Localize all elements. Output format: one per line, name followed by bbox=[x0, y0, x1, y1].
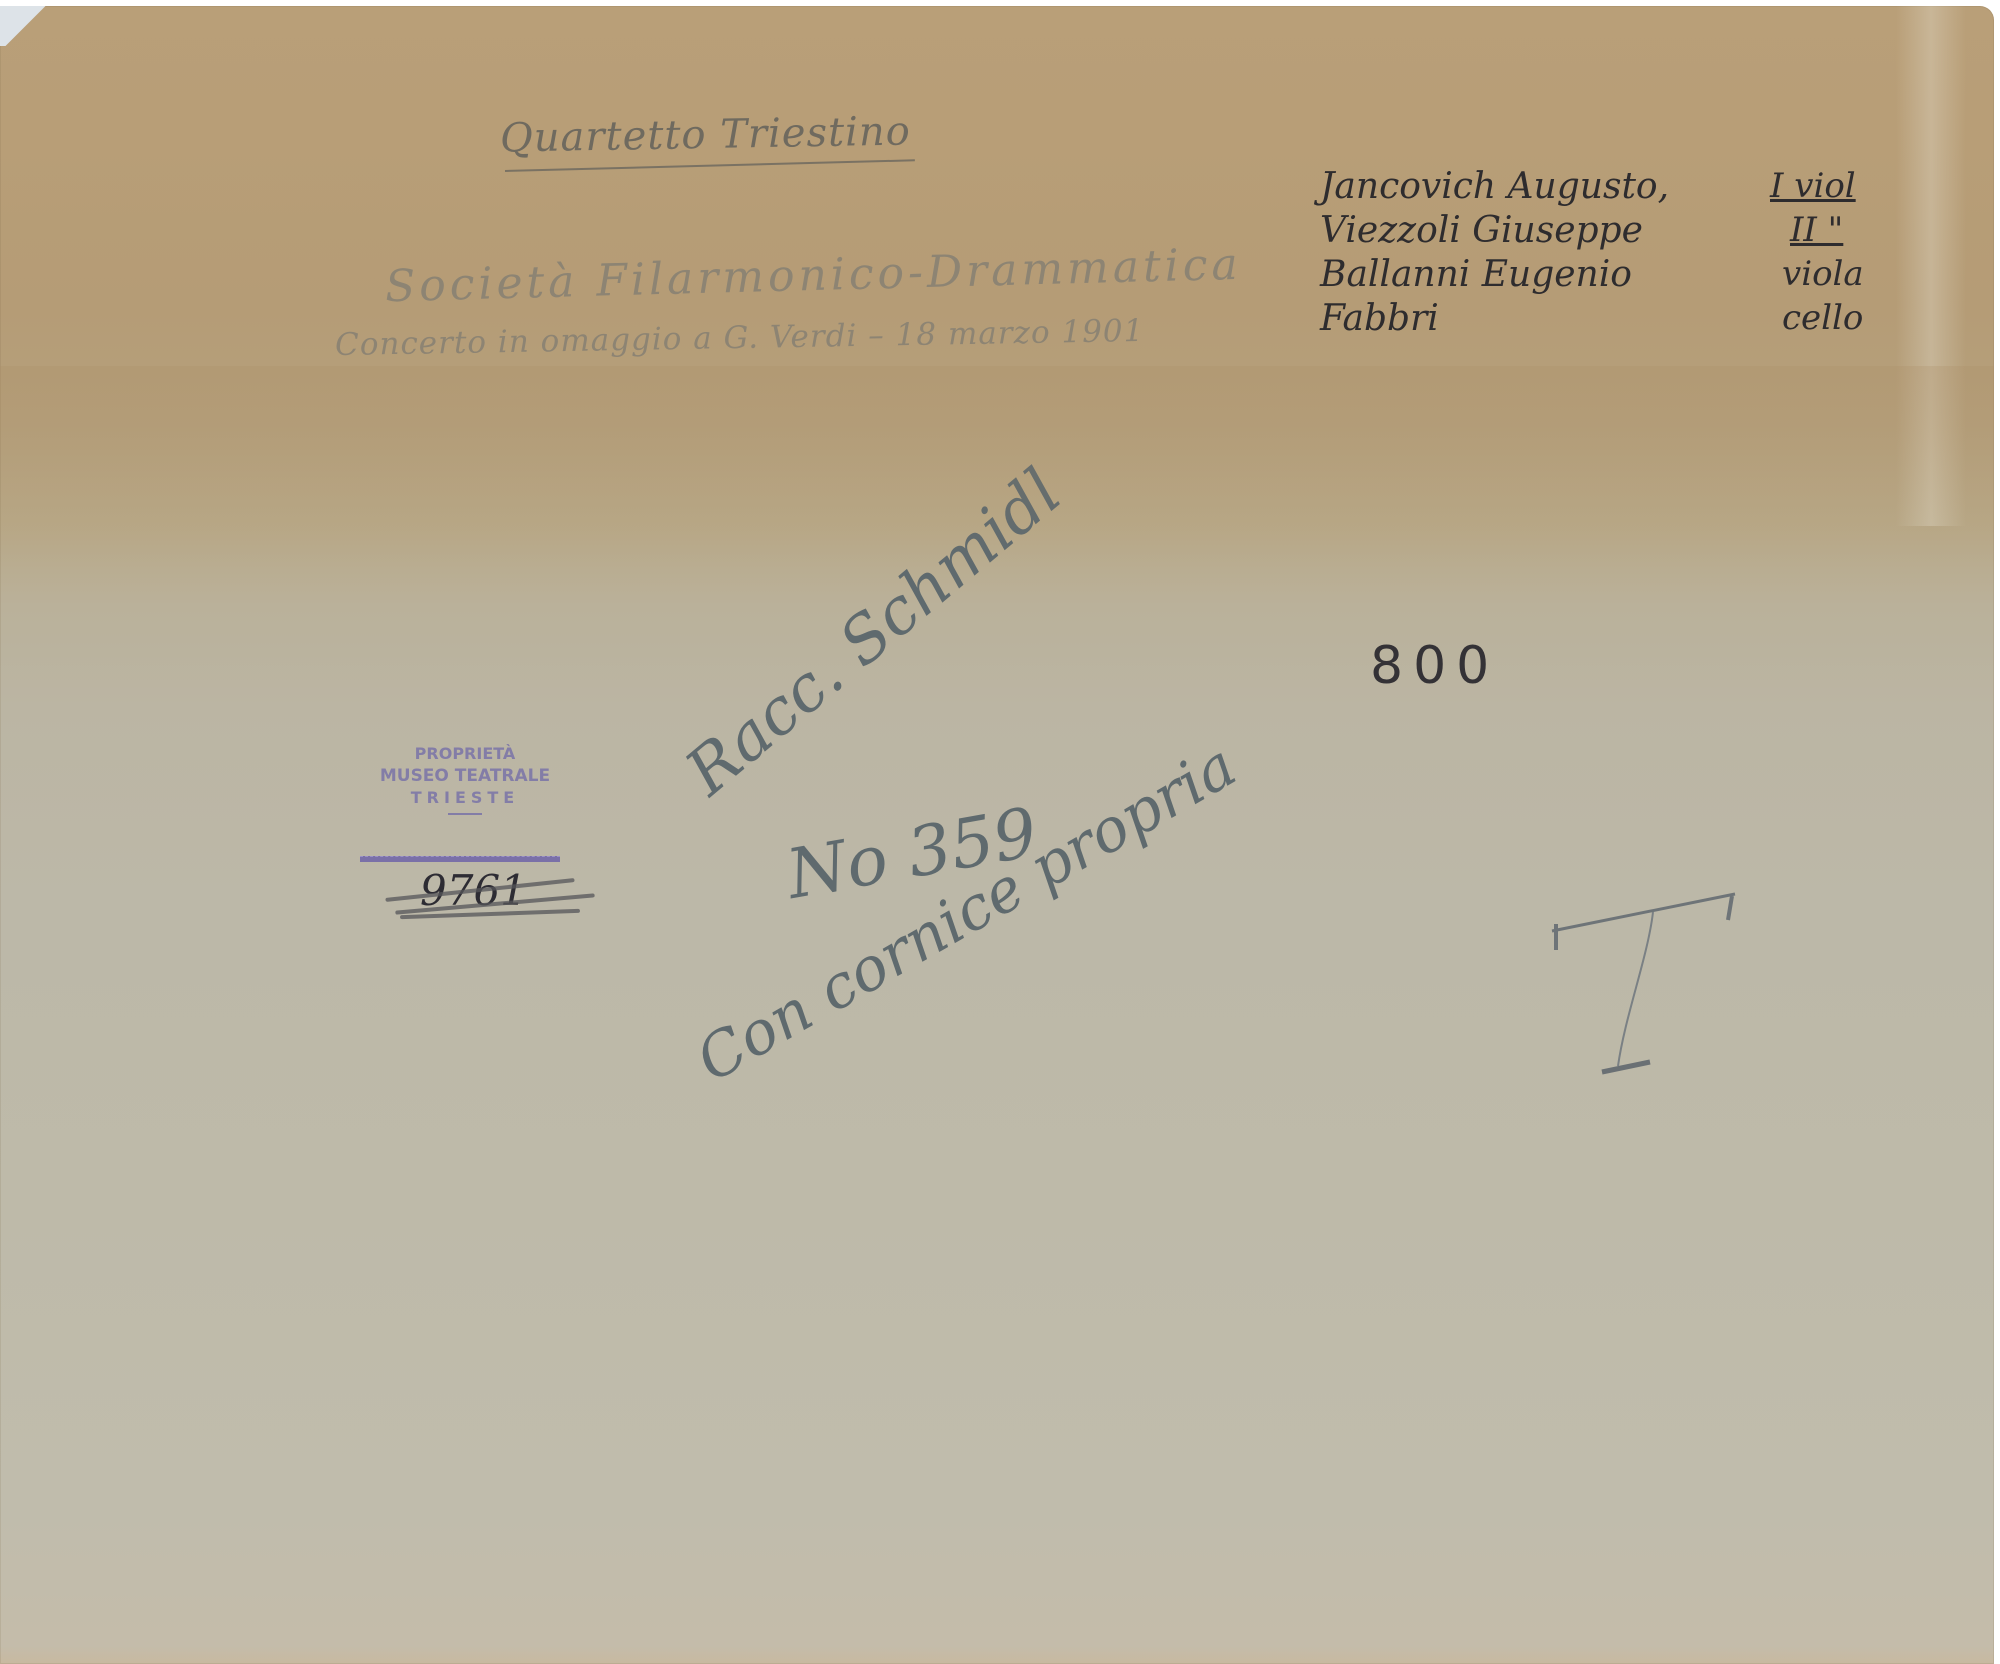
title-underline bbox=[505, 159, 915, 172]
musician-roster: Jancovich Augusto, I viol Viezzoli Giuse… bbox=[1320, 166, 1900, 342]
collection-note: Racc. Schmidl No 359 Con cornice propria bbox=[700, 606, 1260, 1106]
torn-corner bbox=[0, 6, 60, 46]
roster-row: Ballanni Eugenio viola bbox=[1320, 254, 1900, 298]
stamp-rule bbox=[360, 856, 560, 862]
musician-instrument: cello bbox=[1782, 298, 1863, 338]
roster-row: Jancovich Augusto, I viol bbox=[1320, 166, 1900, 210]
musician-instrument: I viol bbox=[1770, 166, 1856, 206]
musician-name: Viezzoli Giuseppe bbox=[1320, 210, 1643, 251]
musician-instrument: viola bbox=[1782, 254, 1864, 294]
musician-name: Fabbri bbox=[1320, 298, 1439, 339]
musician-instrument: II " bbox=[1790, 210, 1843, 250]
roster-row: Viezzoli Giuseppe II " bbox=[1320, 210, 1900, 254]
title-note: Quartetto Triestino bbox=[500, 108, 911, 161]
t-mark-icon bbox=[1520, 876, 1740, 1076]
event-note: Concerto in omaggio a G. Verdi – 18 marz… bbox=[335, 313, 1145, 363]
musician-name: Jancovich Augusto, bbox=[1320, 166, 1669, 207]
collection-line-1: Racc. Schmidl bbox=[672, 455, 1075, 810]
stamp-dash bbox=[448, 813, 482, 815]
document-card: Quartetto Triestino Società Filarmonico-… bbox=[0, 6, 1994, 1664]
stamp-line-1: PROPRIETÀ bbox=[360, 743, 570, 765]
musician-name: Ballanni Eugenio bbox=[1320, 254, 1632, 295]
collection-line-3: Con cornice propria bbox=[685, 731, 1248, 1096]
society-note: Società Filarmonico-Drammatica bbox=[384, 239, 1242, 312]
stamp-line-3: TRIESTE bbox=[360, 787, 570, 809]
roster-row: Fabbri cello bbox=[1320, 298, 1900, 342]
stamp-line-2: MUSEO TEATRALE bbox=[360, 765, 570, 787]
price-mark: 800 bbox=[1370, 636, 1499, 696]
museum-stamp: PROPRIETÀ MUSEO TEATRALE TRIESTE bbox=[360, 743, 570, 815]
